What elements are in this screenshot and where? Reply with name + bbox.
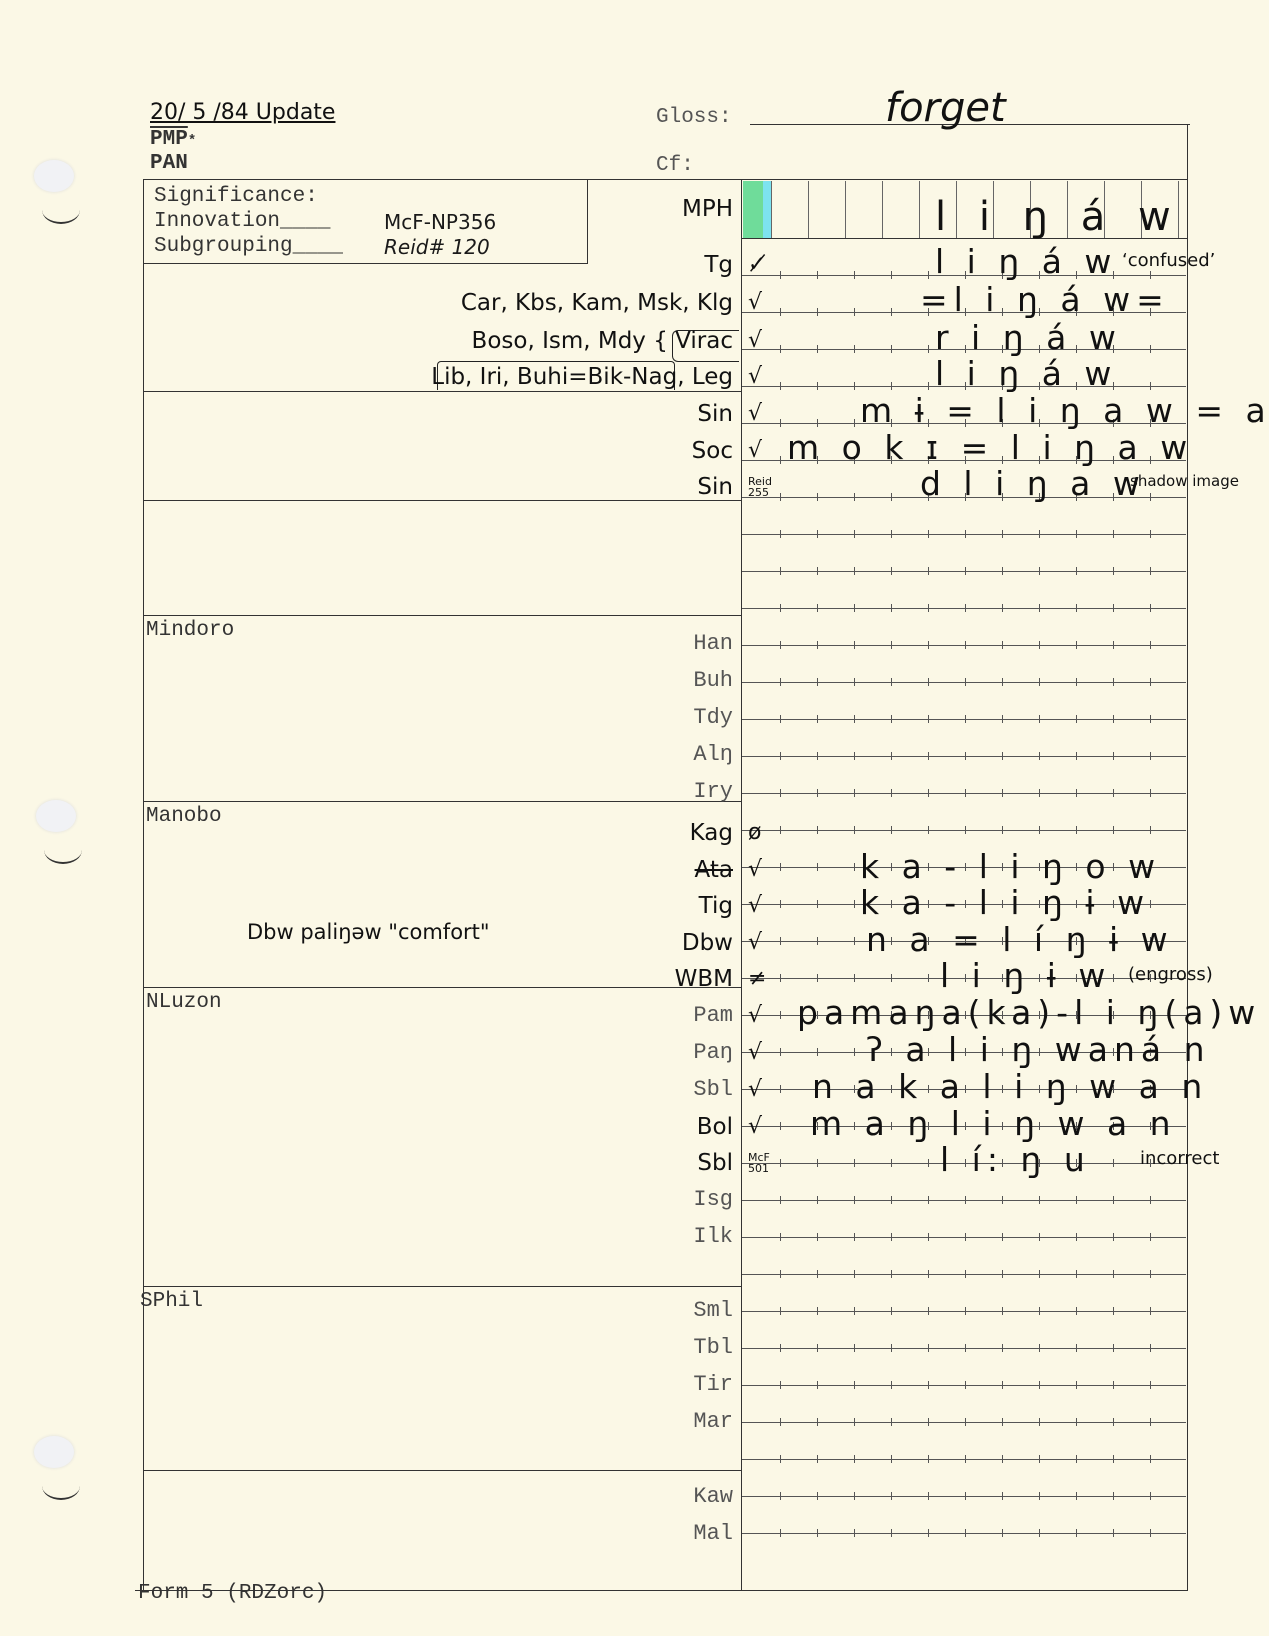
ruled-tick — [854, 826, 855, 834]
ruled-tick — [1039, 1455, 1040, 1463]
ruled-tick — [817, 419, 818, 427]
ruled-tick — [1039, 604, 1040, 612]
subgrouping-label: Subgrouping____ — [154, 235, 343, 258]
ruled-line — [742, 1311, 1186, 1312]
ruled-tick — [1150, 641, 1151, 649]
manobo-note: Dbw paliŋəw "comfort" — [247, 920, 490, 944]
ruled-tick — [780, 1492, 781, 1500]
ruled-tick — [1039, 567, 1040, 575]
ruled-tick — [817, 1418, 818, 1426]
ruled-line — [742, 830, 1186, 831]
ruled-line — [742, 1459, 1186, 1460]
ruled-tick — [1150, 493, 1151, 501]
ruled-tick — [817, 493, 818, 501]
ruled-tick — [1150, 789, 1151, 797]
ruled-line — [742, 756, 1186, 757]
ruled-line — [742, 1200, 1186, 1201]
ruled-tick — [965, 715, 966, 723]
ruled-tick — [780, 567, 781, 575]
ruled-tick — [891, 715, 892, 723]
binder-hole-middle — [36, 800, 76, 832]
ruled-tick — [817, 937, 818, 945]
ruled-tick — [965, 1233, 966, 1241]
ruled-tick — [1150, 1492, 1151, 1500]
ruled-tick — [780, 1122, 781, 1130]
ruled-tick — [928, 789, 929, 797]
ruled-tick — [854, 1048, 855, 1056]
ruled-tick — [891, 345, 892, 353]
ruled-tick — [854, 1233, 855, 1241]
ruled-tick — [854, 1159, 855, 1167]
language-label: Ata — [695, 857, 733, 883]
ruled-tick — [1113, 1159, 1114, 1167]
ruled-tick — [1039, 1307, 1040, 1315]
group-label-mindoro: Mindoro — [146, 619, 234, 642]
group-label-sphil: SPhil — [140, 1290, 203, 1313]
ruled-tick — [854, 1307, 855, 1315]
ruled-tick — [1076, 1418, 1077, 1426]
ruled-tick — [817, 1196, 818, 1204]
reflex-form: r i ŋ á w — [935, 318, 1122, 357]
ruled-tick — [780, 1048, 781, 1056]
ruled-tick — [854, 382, 855, 390]
ruled-tick — [780, 1196, 781, 1204]
ruled-tick — [1076, 1307, 1077, 1315]
ruled-tick — [965, 1381, 966, 1389]
check-mark: √ — [748, 1003, 762, 1028]
ruled-tick — [1113, 752, 1114, 760]
ruled-tick — [891, 530, 892, 538]
ruled-tick — [817, 678, 818, 686]
ruled-tick — [1150, 345, 1151, 353]
mph-highlight — [743, 181, 771, 238]
check-mark: √ — [748, 1077, 762, 1102]
ruled-tick — [780, 456, 781, 464]
ruled-tick — [965, 752, 966, 760]
ruled-tick — [817, 715, 818, 723]
ruled-tick — [780, 1085, 781, 1093]
ruled-tick — [854, 1344, 855, 1352]
language-label: Sbl — [697, 1150, 733, 1176]
ruled-tick — [1039, 1492, 1040, 1500]
language-label: Tbl — [693, 1335, 733, 1360]
ruled-tick — [817, 271, 818, 279]
ruled-tick — [928, 641, 929, 649]
ruled-tick — [1113, 1307, 1114, 1315]
ruled-tick — [891, 1233, 892, 1241]
ruled-tick — [965, 567, 966, 575]
language-label: Sin — [697, 401, 733, 427]
ruled-tick — [891, 1381, 892, 1389]
reflex-form: pamaŋa(ka)-l i ŋ(a)w á n — [797, 993, 1269, 1032]
reflex-form: m o k ɪ = l i ŋ a w — [787, 428, 1193, 467]
ruled-tick — [1113, 1492, 1114, 1500]
mph-form: l i ŋ á w — [935, 194, 1181, 240]
ruled-tick — [1039, 715, 1040, 723]
ruled-tick — [854, 567, 855, 575]
check-mark: √ — [748, 401, 762, 426]
innovation-value: McF-NP356 — [384, 210, 496, 234]
ruled-tick — [928, 1270, 929, 1278]
ruled-tick — [1150, 752, 1151, 760]
mph-label: MPH — [682, 196, 733, 222]
ruled-line — [742, 793, 1186, 794]
ruled-tick — [965, 1529, 966, 1537]
ruled-tick — [817, 863, 818, 871]
check-mark: √ — [748, 857, 762, 882]
ruled-tick — [1150, 1196, 1151, 1204]
ruled-tick — [1002, 641, 1003, 649]
ruled-line — [742, 1533, 1186, 1534]
reflex-form: k a - l i ŋ o w — [860, 847, 1161, 886]
ruled-tick — [854, 863, 855, 871]
ruled-tick — [1113, 974, 1114, 982]
ruled-tick — [891, 1344, 892, 1352]
reflex-form: m ɨ = l i ŋ a w = a n — [860, 391, 1269, 430]
ruled-tick — [780, 1270, 781, 1278]
subgrouping-value: Reid# 120 — [384, 235, 490, 259]
ruled-tick — [817, 1233, 818, 1241]
ruled-tick — [965, 1418, 966, 1426]
ruled-tick — [1113, 567, 1114, 575]
ruled-tick — [854, 604, 855, 612]
ruled-tick — [1113, 1418, 1114, 1426]
gloss-label: Gloss: — [656, 106, 732, 129]
ruled-tick — [965, 789, 966, 797]
ruled-tick — [1039, 641, 1040, 649]
ruled-tick — [854, 1529, 855, 1537]
binder-hole-bottom — [34, 1436, 74, 1468]
ruled-tick — [1002, 826, 1003, 834]
ruled-tick — [780, 419, 781, 427]
ruled-tick — [928, 1159, 929, 1167]
ruled-tick — [1002, 1418, 1003, 1426]
ruled-tick — [1002, 567, 1003, 575]
divider-2 — [143, 500, 741, 501]
ruled-tick — [1039, 1381, 1040, 1389]
ruled-tick — [780, 1418, 781, 1426]
ruled-tick — [1076, 789, 1077, 797]
ruled-tick — [891, 974, 892, 982]
ruled-tick — [780, 641, 781, 649]
language-label: Car, Kbs, Kam, Msk, Klg — [461, 290, 733, 316]
ruled-tick — [965, 1270, 966, 1278]
ruled-tick — [891, 641, 892, 649]
ruled-tick — [780, 382, 781, 390]
ruled-tick — [854, 1270, 855, 1278]
ruled-tick — [780, 493, 781, 501]
ruled-tick — [780, 863, 781, 871]
ruled-tick — [965, 1492, 966, 1500]
ruled-tick — [1150, 715, 1151, 723]
ruled-line — [742, 608, 1186, 609]
language-label: Han — [693, 631, 733, 656]
language-label: Alŋ — [693, 742, 733, 767]
ruled-tick — [1113, 789, 1114, 797]
binder-hole-shadow — [42, 1472, 80, 1500]
ruled-tick — [1150, 1418, 1151, 1426]
ruled-tick — [854, 752, 855, 760]
ruled-tick — [1076, 530, 1077, 538]
reflex-form: l i ŋ á w — [935, 354, 1117, 393]
reflex-form: l í: ŋ u — [940, 1140, 1091, 1179]
mph-cell-divider — [882, 181, 883, 238]
ruled-tick — [817, 900, 818, 908]
language-label: Soc — [692, 438, 733, 464]
innovation-label: Innovation____ — [154, 210, 330, 233]
pan-label: PAN — [150, 152, 188, 175]
ruled-tick — [928, 604, 929, 612]
ruled-tick — [780, 937, 781, 945]
ruled-tick — [854, 271, 855, 279]
ruled-tick — [1076, 1381, 1077, 1389]
check-mark: McF 501 — [748, 1152, 778, 1174]
ruled-tick — [928, 345, 929, 353]
ruled-tick — [817, 1492, 818, 1500]
ruled-tick — [1002, 1529, 1003, 1537]
ruled-tick — [854, 974, 855, 982]
ruled-tick — [928, 530, 929, 538]
check-mark: Reid 255 — [748, 476, 778, 498]
ruled-tick — [1113, 1233, 1114, 1241]
ruled-tick — [780, 271, 781, 279]
ruled-tick — [928, 1455, 929, 1463]
ruled-tick — [965, 604, 966, 612]
binder-hole-shadow — [42, 196, 80, 224]
ruled-tick — [854, 1492, 855, 1500]
ruled-tick — [1002, 604, 1003, 612]
ruled-tick — [928, 974, 929, 982]
ruled-tick — [817, 1048, 818, 1056]
ruled-tick — [928, 1418, 929, 1426]
reflex-note: incorrect — [1140, 1148, 1219, 1169]
ruled-tick — [780, 345, 781, 353]
ruled-tick — [1113, 1344, 1114, 1352]
divider-other — [143, 1470, 741, 1471]
ruled-tick — [928, 271, 929, 279]
language-label: Buh — [693, 668, 733, 693]
ruled-tick — [928, 567, 929, 575]
group-label-nluzon: NLuzon — [146, 991, 222, 1014]
ruled-tick — [1113, 1270, 1114, 1278]
ruled-tick — [965, 1196, 966, 1204]
gloss-value: forget — [885, 85, 1006, 131]
ruled-tick — [891, 308, 892, 316]
ruled-tick — [780, 1455, 781, 1463]
check-mark: ø — [748, 820, 761, 845]
ruled-tick — [817, 789, 818, 797]
ruled-tick — [780, 678, 781, 686]
language-label: Kag — [690, 820, 733, 846]
ruled-tick — [780, 752, 781, 760]
divider-1 — [143, 391, 741, 392]
ruled-tick — [1039, 1270, 1040, 1278]
ruled-tick — [1150, 1381, 1151, 1389]
ruled-tick — [1150, 1270, 1151, 1278]
ruled-tick — [1113, 1381, 1114, 1389]
ruled-tick — [1150, 1455, 1151, 1463]
ruled-tick — [965, 530, 966, 538]
ruled-tick — [854, 493, 855, 501]
check-mark: ✓̸ — [748, 252, 766, 277]
language-label: Tdy — [693, 705, 733, 730]
ruled-tick — [1113, 604, 1114, 612]
ruled-tick — [891, 1455, 892, 1463]
ruled-tick — [1150, 1344, 1151, 1352]
ruled-tick — [891, 1159, 892, 1167]
ruled-tick — [854, 1455, 855, 1463]
language-label: Boso, Ism, Mdy { Virac — [472, 328, 733, 354]
check-mark: ≠ — [748, 966, 766, 991]
ruled-tick — [780, 1307, 781, 1315]
ruled-tick — [965, 1307, 966, 1315]
ruled-tick — [780, 308, 781, 316]
ruled-tick — [1002, 1307, 1003, 1315]
ruled-tick — [1113, 1455, 1114, 1463]
reflex-form: =l i ŋ á w= — [920, 280, 1170, 319]
ruled-tick — [817, 1455, 818, 1463]
ruled-tick — [780, 826, 781, 834]
divider-mindoro — [143, 615, 741, 616]
language-label: WBM — [675, 966, 733, 992]
ruled-tick — [817, 752, 818, 760]
ruled-line — [742, 1496, 1186, 1497]
ruled-tick — [854, 715, 855, 723]
ruled-tick — [928, 678, 929, 686]
ruled-tick — [780, 1381, 781, 1389]
divider-nluzon — [143, 987, 741, 988]
ruled-line — [742, 645, 1186, 646]
reflex-form: d l i ŋ a w — [920, 464, 1146, 503]
ruled-tick — [854, 937, 855, 945]
check-mark: √ — [748, 290, 762, 315]
reflex-form: n a = l í ŋ ɨ w — [866, 920, 1174, 959]
ruled-line — [742, 1422, 1186, 1423]
ruled-tick — [854, 641, 855, 649]
ruled-tick — [928, 1529, 929, 1537]
mph-cell-divider — [771, 181, 772, 238]
significance-title: Significance: — [154, 185, 318, 208]
pmp-marker: * — [188, 133, 196, 149]
ruled-tick — [1039, 789, 1040, 797]
ruled-tick — [1039, 1233, 1040, 1241]
ruled-line — [742, 1237, 1186, 1238]
ruled-tick — [928, 1492, 929, 1500]
ruled-tick — [817, 1344, 818, 1352]
ruled-tick — [1113, 641, 1114, 649]
reflex-form: k a - l i ŋ ɨ w — [860, 883, 1150, 922]
ruled-tick — [1150, 604, 1151, 612]
ruled-line — [742, 571, 1186, 572]
binder-hole-shadow — [44, 836, 82, 864]
ruled-tick — [1076, 1529, 1077, 1537]
ruled-tick — [817, 826, 818, 834]
check-mark: √ — [748, 328, 762, 353]
ruled-tick — [817, 1307, 818, 1315]
ruled-tick — [1150, 271, 1151, 279]
ruled-tick — [965, 1344, 966, 1352]
language-label: Mal — [693, 1521, 733, 1546]
ruled-tick — [817, 1270, 818, 1278]
ruled-tick — [1039, 1529, 1040, 1537]
ruled-tick — [928, 1344, 929, 1352]
ruled-tick — [1150, 826, 1151, 834]
ruled-tick — [891, 382, 892, 390]
ruled-tick — [1002, 1455, 1003, 1463]
ruled-tick — [1039, 1196, 1040, 1204]
frame-right — [1187, 124, 1188, 1591]
ruled-tick — [891, 604, 892, 612]
ruled-tick — [1076, 752, 1077, 760]
ruled-tick — [891, 678, 892, 686]
ruled-tick — [817, 974, 818, 982]
language-label: Tig — [699, 893, 733, 919]
reflex-form: n a k a l i ŋ w a n — [812, 1067, 1208, 1106]
ruled-tick — [1002, 715, 1003, 723]
ruled-tick — [1039, 530, 1040, 538]
language-label: Kaw — [693, 1484, 733, 1509]
ruled-tick — [780, 1233, 781, 1241]
ruled-tick — [1039, 1418, 1040, 1426]
mph-cell-divider — [919, 181, 920, 238]
ruled-tick — [1076, 604, 1077, 612]
ruled-tick — [1076, 715, 1077, 723]
ruled-tick — [1076, 641, 1077, 649]
ruled-tick — [891, 789, 892, 797]
ruled-tick — [1039, 678, 1040, 686]
binder-hole-top — [34, 160, 74, 192]
check-mark: √ — [748, 438, 762, 463]
ruled-tick — [1076, 1270, 1077, 1278]
ruled-line — [742, 719, 1186, 720]
ruled-tick — [854, 308, 855, 316]
ruled-tick — [891, 752, 892, 760]
ruled-tick — [1150, 567, 1151, 575]
divider-manobo — [143, 801, 741, 802]
ruled-tick — [1150, 678, 1151, 686]
ruled-tick — [1150, 1307, 1151, 1315]
significance-box: Significance: Innovation____ Subgrouping… — [143, 179, 588, 264]
ruled-tick — [928, 826, 929, 834]
ruled-tick — [1150, 900, 1151, 908]
ruled-tick — [854, 678, 855, 686]
ruled-tick — [817, 1529, 818, 1537]
ruled-tick — [817, 1159, 818, 1167]
ruled-tick — [817, 1381, 818, 1389]
ruled-tick — [1076, 826, 1077, 834]
check-mark: √ — [748, 1040, 762, 1065]
ruled-tick — [891, 567, 892, 575]
column-divider — [741, 179, 742, 1591]
check-mark: √ — [748, 930, 762, 955]
check-mark: √ — [748, 364, 762, 389]
ruled-tick — [817, 382, 818, 390]
reflex-form: m a ŋ l i ŋ w a n — [810, 1104, 1177, 1143]
ruled-tick — [891, 1270, 892, 1278]
ruled-tick — [891, 1492, 892, 1500]
ruled-tick — [1113, 1196, 1114, 1204]
ruled-tick — [1039, 1344, 1040, 1352]
ruled-tick — [1002, 1492, 1003, 1500]
ruled-tick — [1076, 1455, 1077, 1463]
mph-cell-divider — [845, 181, 846, 238]
ruled-tick — [1002, 530, 1003, 538]
ruled-tick — [780, 900, 781, 908]
pmp-label: PMP* — [150, 128, 196, 151]
ruled-tick — [854, 1381, 855, 1389]
ruled-tick — [965, 1455, 966, 1463]
check-mark: √ — [748, 1114, 762, 1139]
